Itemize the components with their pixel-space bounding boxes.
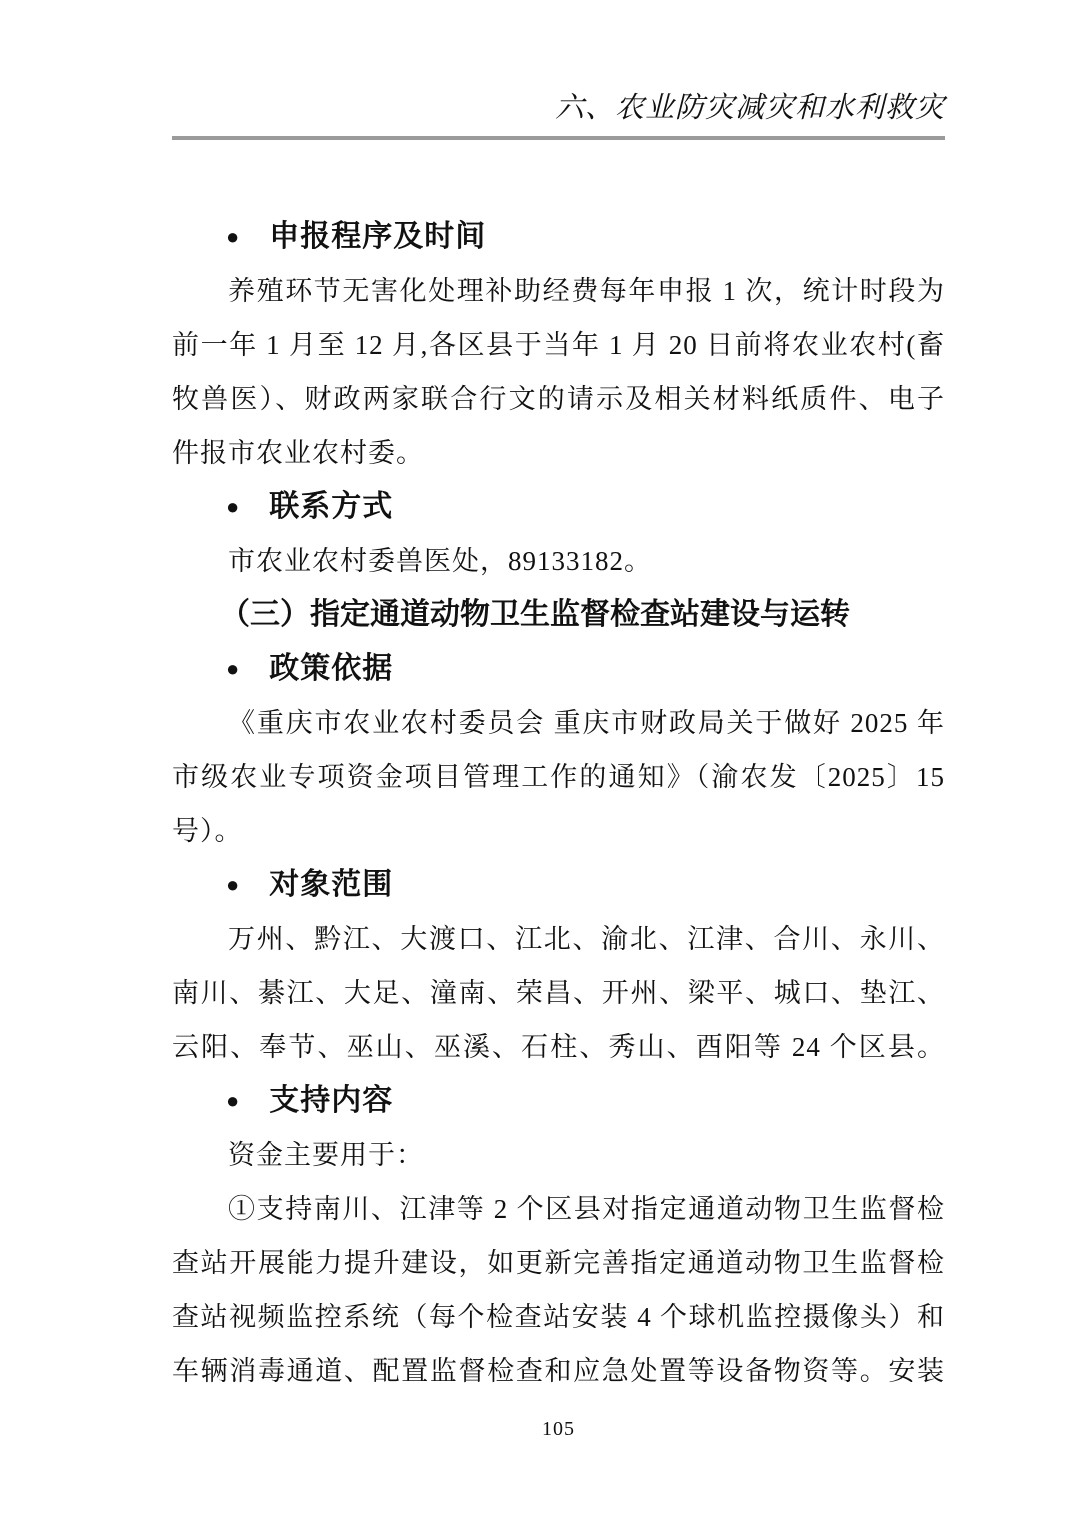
paragraph-line: 《重庆市农业农村委员会 重庆市财政局关于做好 2025 年 <box>172 696 945 750</box>
paragraph-line: 车辆消毒通道、配置监督检查和应急处置等设备物资等。安装 <box>172 1344 945 1398</box>
paragraph-line: ①支持南川、江津等 2 个区县对指定通道动物卫生监督检 <box>172 1182 945 1236</box>
paragraph-line: 万州、黔江、大渡口、江北、渝北、江津、合川、永川、 <box>172 912 945 966</box>
section-heading-label: 支持内容 <box>269 1084 393 1117</box>
section-heading-support-content: ●支持内容 <box>172 1074 945 1128</box>
bullet-icon: ● <box>226 642 239 696</box>
paragraph-line: 南川、綦江、大足、潼南、荣昌、开州、梁平、城口、垫江、 <box>172 966 945 1020</box>
contact-line: 市农业农村委兽医处，89133182。 <box>172 534 945 588</box>
paragraph-line: 号）。 <box>172 804 945 858</box>
header-rule <box>172 136 945 140</box>
page-content: 六、农业防灾减灾和水利救灾 ●申报程序及时间 养殖环节无害化处理补助经费每年申报… <box>172 0 945 1444</box>
paragraph-line: 云阳、奉节、巫山、巫溪、石柱、秀山、酉阳等 24 个区县。 <box>172 1020 945 1074</box>
paragraph-line: 查站视频监控系统（每个检查站安装 4 个球机监控摄像头）和 <box>172 1290 945 1344</box>
bullet-icon: ● <box>226 480 239 534</box>
page-number: 105 <box>172 1414 945 1444</box>
paragraph-line: 牧兽医）、财政两家联合行文的请示及相关材料纸质件、电子 <box>172 372 945 426</box>
intro-line: 资金主要用于： <box>172 1128 945 1182</box>
subsection-heading-checkpoint: （三）指定通道动物卫生监督检查站建设与运转 <box>172 588 945 642</box>
bullet-icon: ● <box>226 1074 239 1128</box>
section-heading-label: 对象范围 <box>269 868 393 901</box>
section-heading-label: 申报程序及时间 <box>269 220 486 253</box>
section-heading-application-procedure: ●申报程序及时间 <box>172 210 945 264</box>
running-header-title: 六、农业防灾减灾和水利救灾 <box>172 88 945 128</box>
section-heading-label: 联系方式 <box>269 490 393 523</box>
bullet-icon: ● <box>226 210 239 264</box>
section-heading-contact: ●联系方式 <box>172 480 945 534</box>
section-heading-target-scope: ●对象范围 <box>172 858 945 912</box>
bullet-icon: ● <box>226 858 239 912</box>
section-heading-label: 政策依据 <box>269 652 393 685</box>
paragraph-line: 件报市农业农村委。 <box>172 426 945 480</box>
paragraph-line: 前一年 1 月至 12 月,各区县于当年 1 月 20 日前将农业农村(畜 <box>172 318 945 372</box>
paragraph-line: 查站开展能力提升建设，如更新完善指定通道动物卫生监督检 <box>172 1236 945 1290</box>
paragraph-line: 养殖环节无害化处理补助经费每年申报 1 次，统计时段为 <box>172 264 945 318</box>
section-heading-policy-basis: ●政策依据 <box>172 642 945 696</box>
paragraph-line: 市级农业专项资金项目管理工作的通知》（渝农发〔2025〕15 <box>172 750 945 804</box>
